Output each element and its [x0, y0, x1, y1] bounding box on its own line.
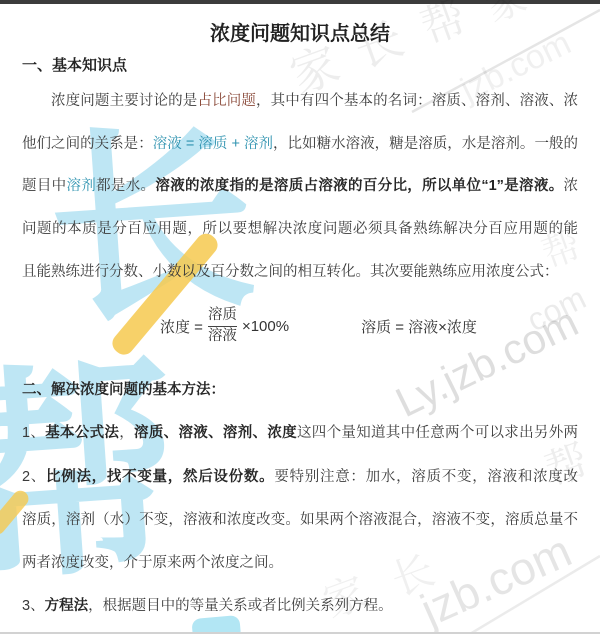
text-segment: 1、 — [22, 425, 45, 441]
text-segment: 溶液 = 溶质 + 溶剂 — [153, 136, 273, 152]
text-segment: 溶质，溶剂（水）不变，溶液和浓度改变。如果两个溶液混合，溶液不变，溶质总量不变， — [22, 512, 578, 542]
text-line: 二、解决浓度问题的基本方法： — [22, 369, 578, 412]
text-segment: 且能熟练进行分数、小数以及百分数之间的相互转化。其次要能熟练应用浓度公式： — [22, 264, 559, 280]
text-segment: 3、 — [22, 598, 45, 614]
text-line: 题目中溶剂都是水。溶液的浓度指的是溶质占溶液的百分比，所以单位“1”是溶液。浓度 — [22, 165, 578, 208]
text-segment: ，比如糖水溶液，糖是溶质，水是溶剂。一般的 — [273, 136, 578, 152]
text-segment: 溶液的浓度指的是溶质占溶液的百分比，所以单位“1”是溶液。 — [155, 178, 563, 194]
text-line: 2、比例法，找不变量，然后设份数。要特别注意：加水，溶质不变，溶液和浓度改变。加 — [22, 456, 578, 499]
section1-heading: 一、基本知识点 — [22, 54, 127, 75]
formula-multiplier: ×100% — [242, 318, 289, 335]
text-line: 3、方程法，根据题目中的等量关系或者比例关系列方程。 — [22, 585, 578, 628]
text-line: 两者浓度改变，介于原来两个浓度之间。 — [22, 542, 578, 585]
formula-row: 浓度 = 溶质 溶液 ×100% 溶质 = 溶液×浓度 — [22, 300, 578, 352]
text-segment: 浓度问题主要讨论的是 — [51, 93, 197, 109]
section2-block: 二、解决浓度问题的基本方法：1、基本公式法，溶质、溶液、溶剂、浓度这四个量知道其… — [22, 369, 578, 629]
formula-lhs: 浓度 = — [160, 316, 203, 337]
text-segment: 基本公式法 — [45, 425, 119, 441]
text-line: 他们之间的关系是：溶液 = 溶质 + 溶剂，比如糖水溶液，糖是溶质，水是溶剂。一… — [22, 123, 578, 166]
section1-paragraph: 浓度问题主要讨论的是占比问题，其中有四个基本的名词：溶质、溶剂、溶液、浓度，他们… — [22, 80, 578, 293]
text-segment: 2、 — [22, 469, 46, 485]
text-segment: 溶质、溶液、溶剂、浓度 — [134, 425, 297, 441]
text-segment: 二、解决浓度问题的基本方法： — [22, 382, 225, 398]
text-line: 且能熟练进行分数、小数以及百分数之间的相互转化。其次要能熟练应用浓度公式： — [22, 251, 578, 294]
solute-formula: 溶质 = 溶液×浓度 — [361, 316, 477, 337]
text-segment: ，根据题目中的等量关系或者比例关系列方程。 — [88, 598, 393, 614]
concentration-formula: 浓度 = 溶质 溶液 ×100% — [160, 306, 289, 346]
text-line: 浓度问题主要讨论的是占比问题，其中有四个基本的名词：溶质、溶剂、溶液、浓度， — [22, 80, 578, 123]
text-line: 溶质，溶剂（水）不变，溶液和浓度改变。如果两个溶液混合，溶液不变，溶质总量不变， — [22, 499, 578, 542]
page-title: 浓度问题知识点总结 — [0, 17, 600, 46]
document-page: 家长帮家jzb.com帮comLy.jzb.com帮家长jzb.com 长 帮 … — [0, 0, 600, 634]
text-segment: 他们之间的关系是： — [22, 136, 153, 152]
text-segment: ， — [119, 425, 134, 441]
text-segment: 占比问题 — [197, 93, 256, 109]
text-line: 问题的本质是分百应用题，所以要想解决浓度问题必须具备熟练解决分百应用题的能力，并 — [22, 208, 578, 251]
top-border-bar — [0, 0, 600, 4]
text-line: 1、基本公式法，溶质、溶液、溶剂、浓度这四个量知道其中任意两个可以求出另外两个； — [22, 412, 578, 455]
fraction-numerator: 溶质 — [208, 306, 237, 326]
text-segment: 都是水。 — [96, 178, 155, 194]
text-segment: 两者浓度改变，介于原来两个浓度之间。 — [22, 555, 283, 571]
fraction: 溶质 溶液 — [208, 306, 237, 346]
text-segment: 问题的本质是分百应用题，所以要想解决浓度问题必须具备熟练解决分百应用题的能力，并 — [22, 221, 578, 251]
text-segment: 溶剂 — [66, 178, 96, 194]
text-segment: 比例法，找不变量，然后设份数。 — [46, 469, 274, 485]
text-segment: 方程法 — [45, 598, 89, 614]
text-segment: 题目中 — [22, 178, 66, 194]
fraction-denominator: 溶液 — [208, 326, 237, 347]
